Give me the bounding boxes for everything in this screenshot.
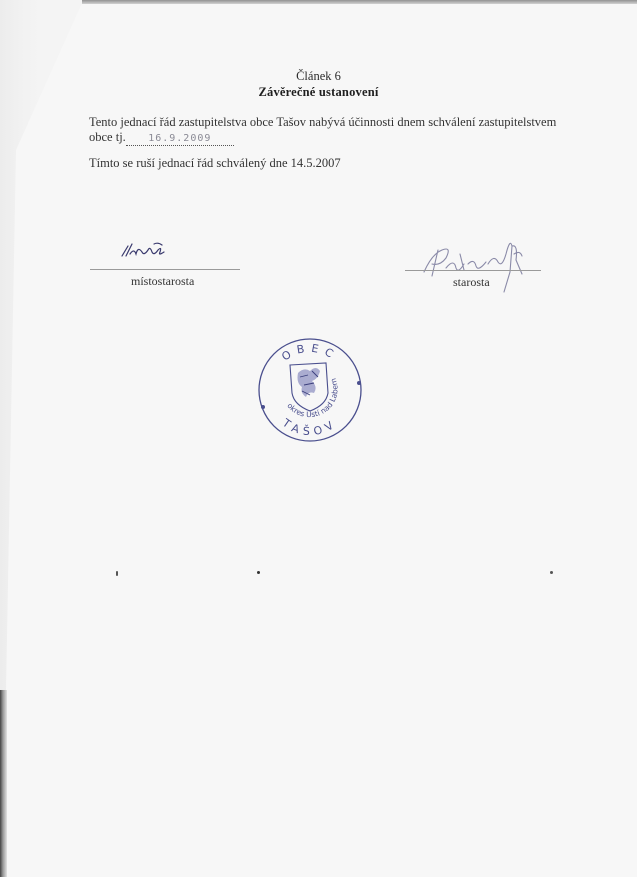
scan-speck xyxy=(116,571,118,576)
effective-date-stamp: 16.9.2009 xyxy=(126,133,234,146)
deputy-mayor-signature-line xyxy=(90,269,240,270)
stamp-top-text: OBEC xyxy=(279,342,340,364)
deputy-mayor-signature xyxy=(118,240,168,264)
article-title: Závěrečné ustanovení xyxy=(0,85,637,100)
svg-text:OBEC: OBEC xyxy=(279,342,340,364)
scan-speck xyxy=(550,571,553,574)
stamp-dot-left xyxy=(261,405,265,409)
deputy-mayor-label: místostarosta xyxy=(131,274,194,289)
article-number: Článek 6 xyxy=(0,69,637,84)
mayor-label: starosta xyxy=(453,275,490,290)
coat-of-arms-icon xyxy=(290,363,328,411)
municipal-stamp: OBEC okres Ústí nad Labem TAŠOV xyxy=(252,335,368,445)
paragraph-repeal: Tímto se ruší jednací řád schválený dne … xyxy=(89,156,341,171)
scan-speck xyxy=(257,571,260,574)
stamp-dot-right xyxy=(357,381,361,385)
page-top-edge-shadow xyxy=(82,0,637,4)
page-left-fold-shadow xyxy=(0,690,7,877)
paragraph-effectiveness: Tento jednací řád zastupitelstva obce Ta… xyxy=(89,115,569,146)
mayor-signature-line xyxy=(405,270,541,271)
